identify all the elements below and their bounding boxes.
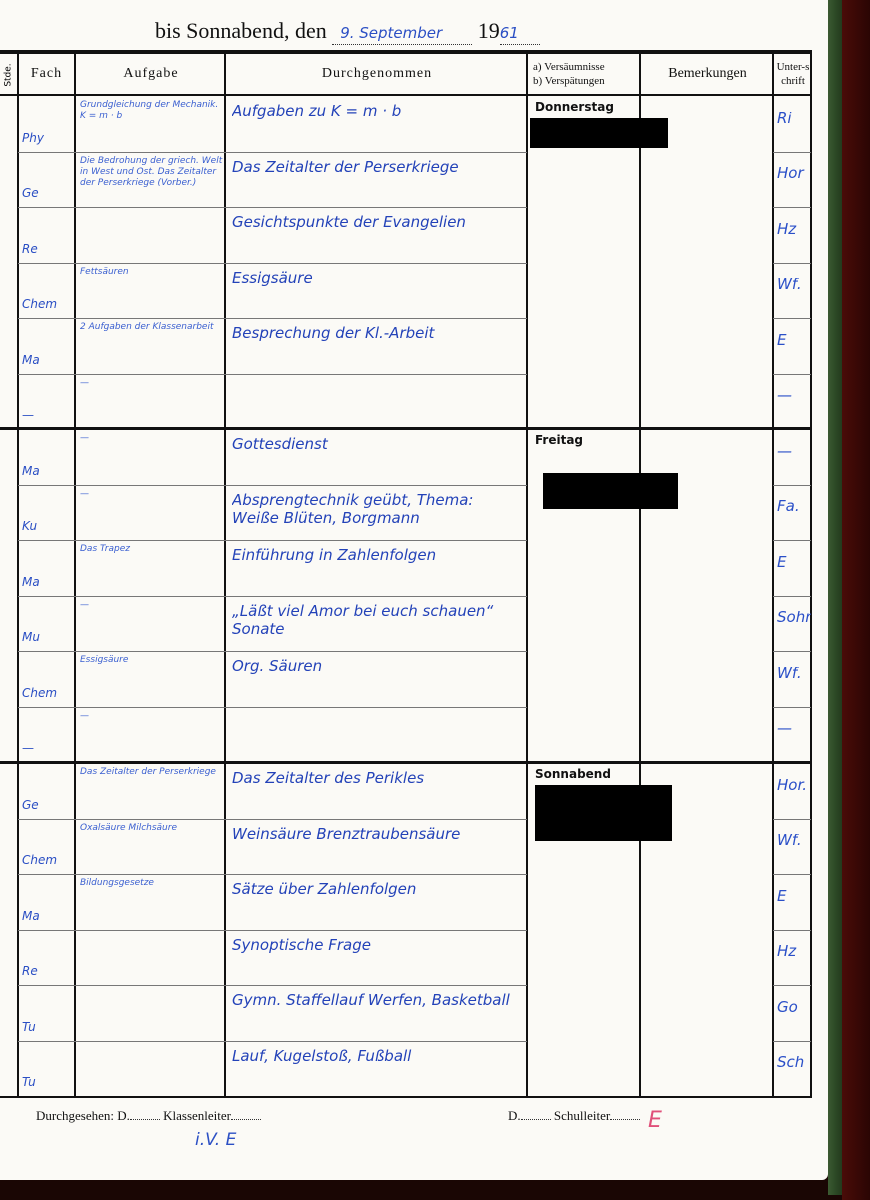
signature-cell: —: [777, 389, 811, 402]
col-header-fach: Fach: [18, 54, 75, 94]
table-bottom-rule: [0, 1096, 812, 1098]
row-rule: [773, 374, 811, 375]
signature-cell: E: [777, 334, 811, 347]
col-header-durchgenommen: Durchgenommen: [227, 54, 527, 94]
signature-cell: Sch: [777, 1056, 811, 1069]
assignment-cell: Oxalsäure Milchsäure: [80, 823, 223, 873]
subject-cell: —: [22, 409, 74, 422]
row-rule: [18, 930, 527, 931]
row-rule: [773, 485, 811, 486]
row-rule: [773, 819, 811, 820]
col-header-unterschrift: Unter-schrift: [775, 54, 811, 94]
row-rule: [18, 596, 527, 597]
signature-cell: —: [777, 722, 811, 735]
assignment-cell: —: [80, 489, 223, 539]
row-rule: [18, 374, 527, 375]
day-label: Freitag: [535, 433, 583, 447]
row-rule: [773, 651, 811, 652]
signature-cell: Wf.: [777, 667, 811, 680]
covered-topic-cell: Besprechung der Kl.-Arbeit: [232, 324, 524, 374]
assignment-cell: —: [80, 600, 223, 650]
assignment-cell: Essigsäure: [80, 655, 223, 705]
subject-cell: Chem: [22, 298, 74, 311]
row-rule: [18, 318, 527, 319]
subject-cell: Ku: [22, 520, 74, 533]
assignment-cell: 2 Aufgaben der Klassenarbeit: [80, 322, 223, 372]
subject-cell: Tu: [22, 1021, 74, 1034]
klassenleiter-signature: i.V. E: [195, 1130, 236, 1150]
redacted-block: [535, 785, 672, 841]
subject-cell: Ma: [22, 576, 74, 589]
year-handwritten: 61: [500, 24, 519, 42]
row-rule: [18, 540, 527, 541]
subject-cell: —: [22, 742, 74, 755]
col-header-stde: Stde.: [0, 56, 18, 94]
assignment-cell: —: [80, 378, 223, 428]
subject-cell: Ge: [22, 799, 74, 812]
column-rule: [810, 54, 812, 1098]
covered-topic-cell: Synoptische Frage: [232, 936, 524, 986]
subject-cell: Phy: [22, 132, 74, 145]
year-prefix: 19: [478, 18, 500, 43]
column-rule: [224, 54, 226, 1098]
row-rule: [773, 985, 811, 986]
covered-topic-cell: Weinsäure Brenztraubensäure: [232, 825, 524, 875]
covered-topic-cell: Lauf, Kugelstoß, Fußball: [232, 1047, 524, 1097]
assignment-cell: Die Bedrohung der griech. Welt in West u…: [80, 156, 223, 206]
schulleiter-signature: E: [648, 1108, 662, 1133]
signature-cell: Fa.: [777, 500, 811, 513]
covered-topic-cell: Das Zeitalter des Perikles: [232, 769, 524, 819]
row-rule: [18, 819, 527, 820]
col-header-versaeumnisse: a) Versäumnisseb) Verspätungen: [529, 54, 644, 94]
row-rule: [18, 985, 527, 986]
covered-topic-cell: Gesichtspunkte der Evangelien: [232, 213, 524, 263]
signature-cell: Hor: [777, 167, 811, 180]
assignment-cell: [80, 211, 223, 261]
row-rule: [18, 263, 527, 264]
signature-cell: E: [777, 890, 811, 903]
subject-cell: Re: [22, 243, 74, 256]
row-rule: [18, 207, 527, 208]
assignment-cell: Bildungsgesetze: [80, 878, 223, 928]
column-rule: [639, 54, 641, 1098]
subject-cell: Ma: [22, 354, 74, 367]
assignment-cell: Fettsäuren: [80, 267, 223, 317]
footer-schulleiter: D. Schulleiter: [508, 1108, 640, 1124]
signature-cell: Hz: [777, 945, 811, 958]
covered-topic-cell: Gymn. Staffellauf Werfen, Basketball: [232, 991, 524, 1041]
subject-cell: Ge: [22, 187, 74, 200]
redacted-block: [543, 473, 678, 509]
signature-cell: E: [777, 556, 811, 569]
row-rule: [773, 263, 811, 264]
row-rule: [18, 651, 527, 652]
page-title: bis Sonnabend, den 9. September 1961: [155, 18, 540, 45]
covered-topic-cell: [232, 713, 524, 763]
subject-cell: Re: [22, 965, 74, 978]
covered-topic-cell: Einführung in Zahlenfolgen: [232, 546, 524, 596]
signature-cell: Sohn: [777, 611, 811, 624]
subject-cell: Chem: [22, 687, 74, 700]
row-rule: [773, 707, 811, 708]
day-label: Sonnabend: [535, 767, 611, 781]
signature-cell: Wf.: [777, 278, 811, 291]
header-bottom-rule: [0, 94, 812, 96]
redacted-block: [530, 118, 668, 148]
column-rule: [526, 54, 528, 1098]
row-rule: [18, 152, 527, 153]
column-rule: [772, 54, 774, 1098]
row-rule: [773, 874, 811, 875]
column-rule: [17, 54, 19, 1098]
row-rule: [18, 485, 527, 486]
covered-topic-cell: [232, 380, 524, 430]
covered-topic-cell: „Läßt viel Amor bei euch schauen“ Sonate: [232, 602, 524, 652]
footer-durchgesehen: Durchgesehen: D. Klassenleiter: [36, 1108, 261, 1124]
row-rule: [18, 874, 527, 875]
signature-cell: —: [777, 445, 811, 458]
title-prefix: bis Sonnabend, den: [155, 18, 327, 43]
subject-cell: Chem: [22, 854, 74, 867]
assignment-cell: [80, 989, 223, 1039]
assignment-cell: [80, 934, 223, 984]
signature-cell: Go: [777, 1001, 811, 1014]
signature-cell: Hz: [777, 223, 811, 236]
covered-topic-cell: Gottesdienst: [232, 435, 524, 485]
signature-cell: Ri: [777, 112, 811, 125]
assignment-cell: Grundgleichung der Mechanik. K = m · b: [80, 100, 223, 150]
row-rule: [18, 707, 527, 708]
signature-cell: Wf.: [777, 834, 811, 847]
subject-cell: Tu: [22, 1076, 74, 1089]
day-separator: [0, 761, 812, 764]
covered-topic-cell: Aufgaben zu K = m · b: [232, 102, 524, 152]
assignment-cell: [80, 1045, 223, 1095]
row-rule: [773, 540, 811, 541]
subject-cell: Ma: [22, 910, 74, 923]
assignment-cell: Das Zeitalter der Perserkriege: [80, 767, 223, 817]
covered-topic-cell: Essigsäure: [232, 269, 524, 319]
subject-cell: Ma: [22, 465, 74, 478]
col-header-aufgabe: Aufgabe: [77, 54, 225, 94]
row-rule: [773, 1041, 811, 1042]
covered-topic-cell: Das Zeitalter der Perserkriege: [232, 158, 524, 208]
row-rule: [773, 207, 811, 208]
assignment-cell: Das Trapez: [80, 544, 223, 594]
col-header-bemerkungen: Bemerkungen: [642, 54, 773, 94]
row-rule: [773, 930, 811, 931]
row-rule: [18, 1041, 527, 1042]
signature-cell: Hor.: [777, 779, 811, 792]
day-separator: [0, 427, 812, 430]
book-spine: [828, 0, 842, 1195]
column-rule: [74, 54, 76, 1098]
date-handwritten: 9. September: [332, 24, 442, 42]
row-rule: [773, 318, 811, 319]
subject-cell: Mu: [22, 631, 74, 644]
assignment-cell: —: [80, 433, 223, 483]
covered-topic-cell: Absprengtechnik geübt, Thema: Weiße Blüt…: [232, 491, 524, 541]
row-rule: [773, 152, 811, 153]
assignment-cell: —: [80, 711, 223, 761]
row-rule: [773, 596, 811, 597]
book-cover: [842, 0, 870, 1200]
covered-topic-cell: Sätze über Zahlenfolgen: [232, 880, 524, 930]
day-label: Donnerstag: [535, 100, 614, 114]
covered-topic-cell: Org. Säuren: [232, 657, 524, 707]
